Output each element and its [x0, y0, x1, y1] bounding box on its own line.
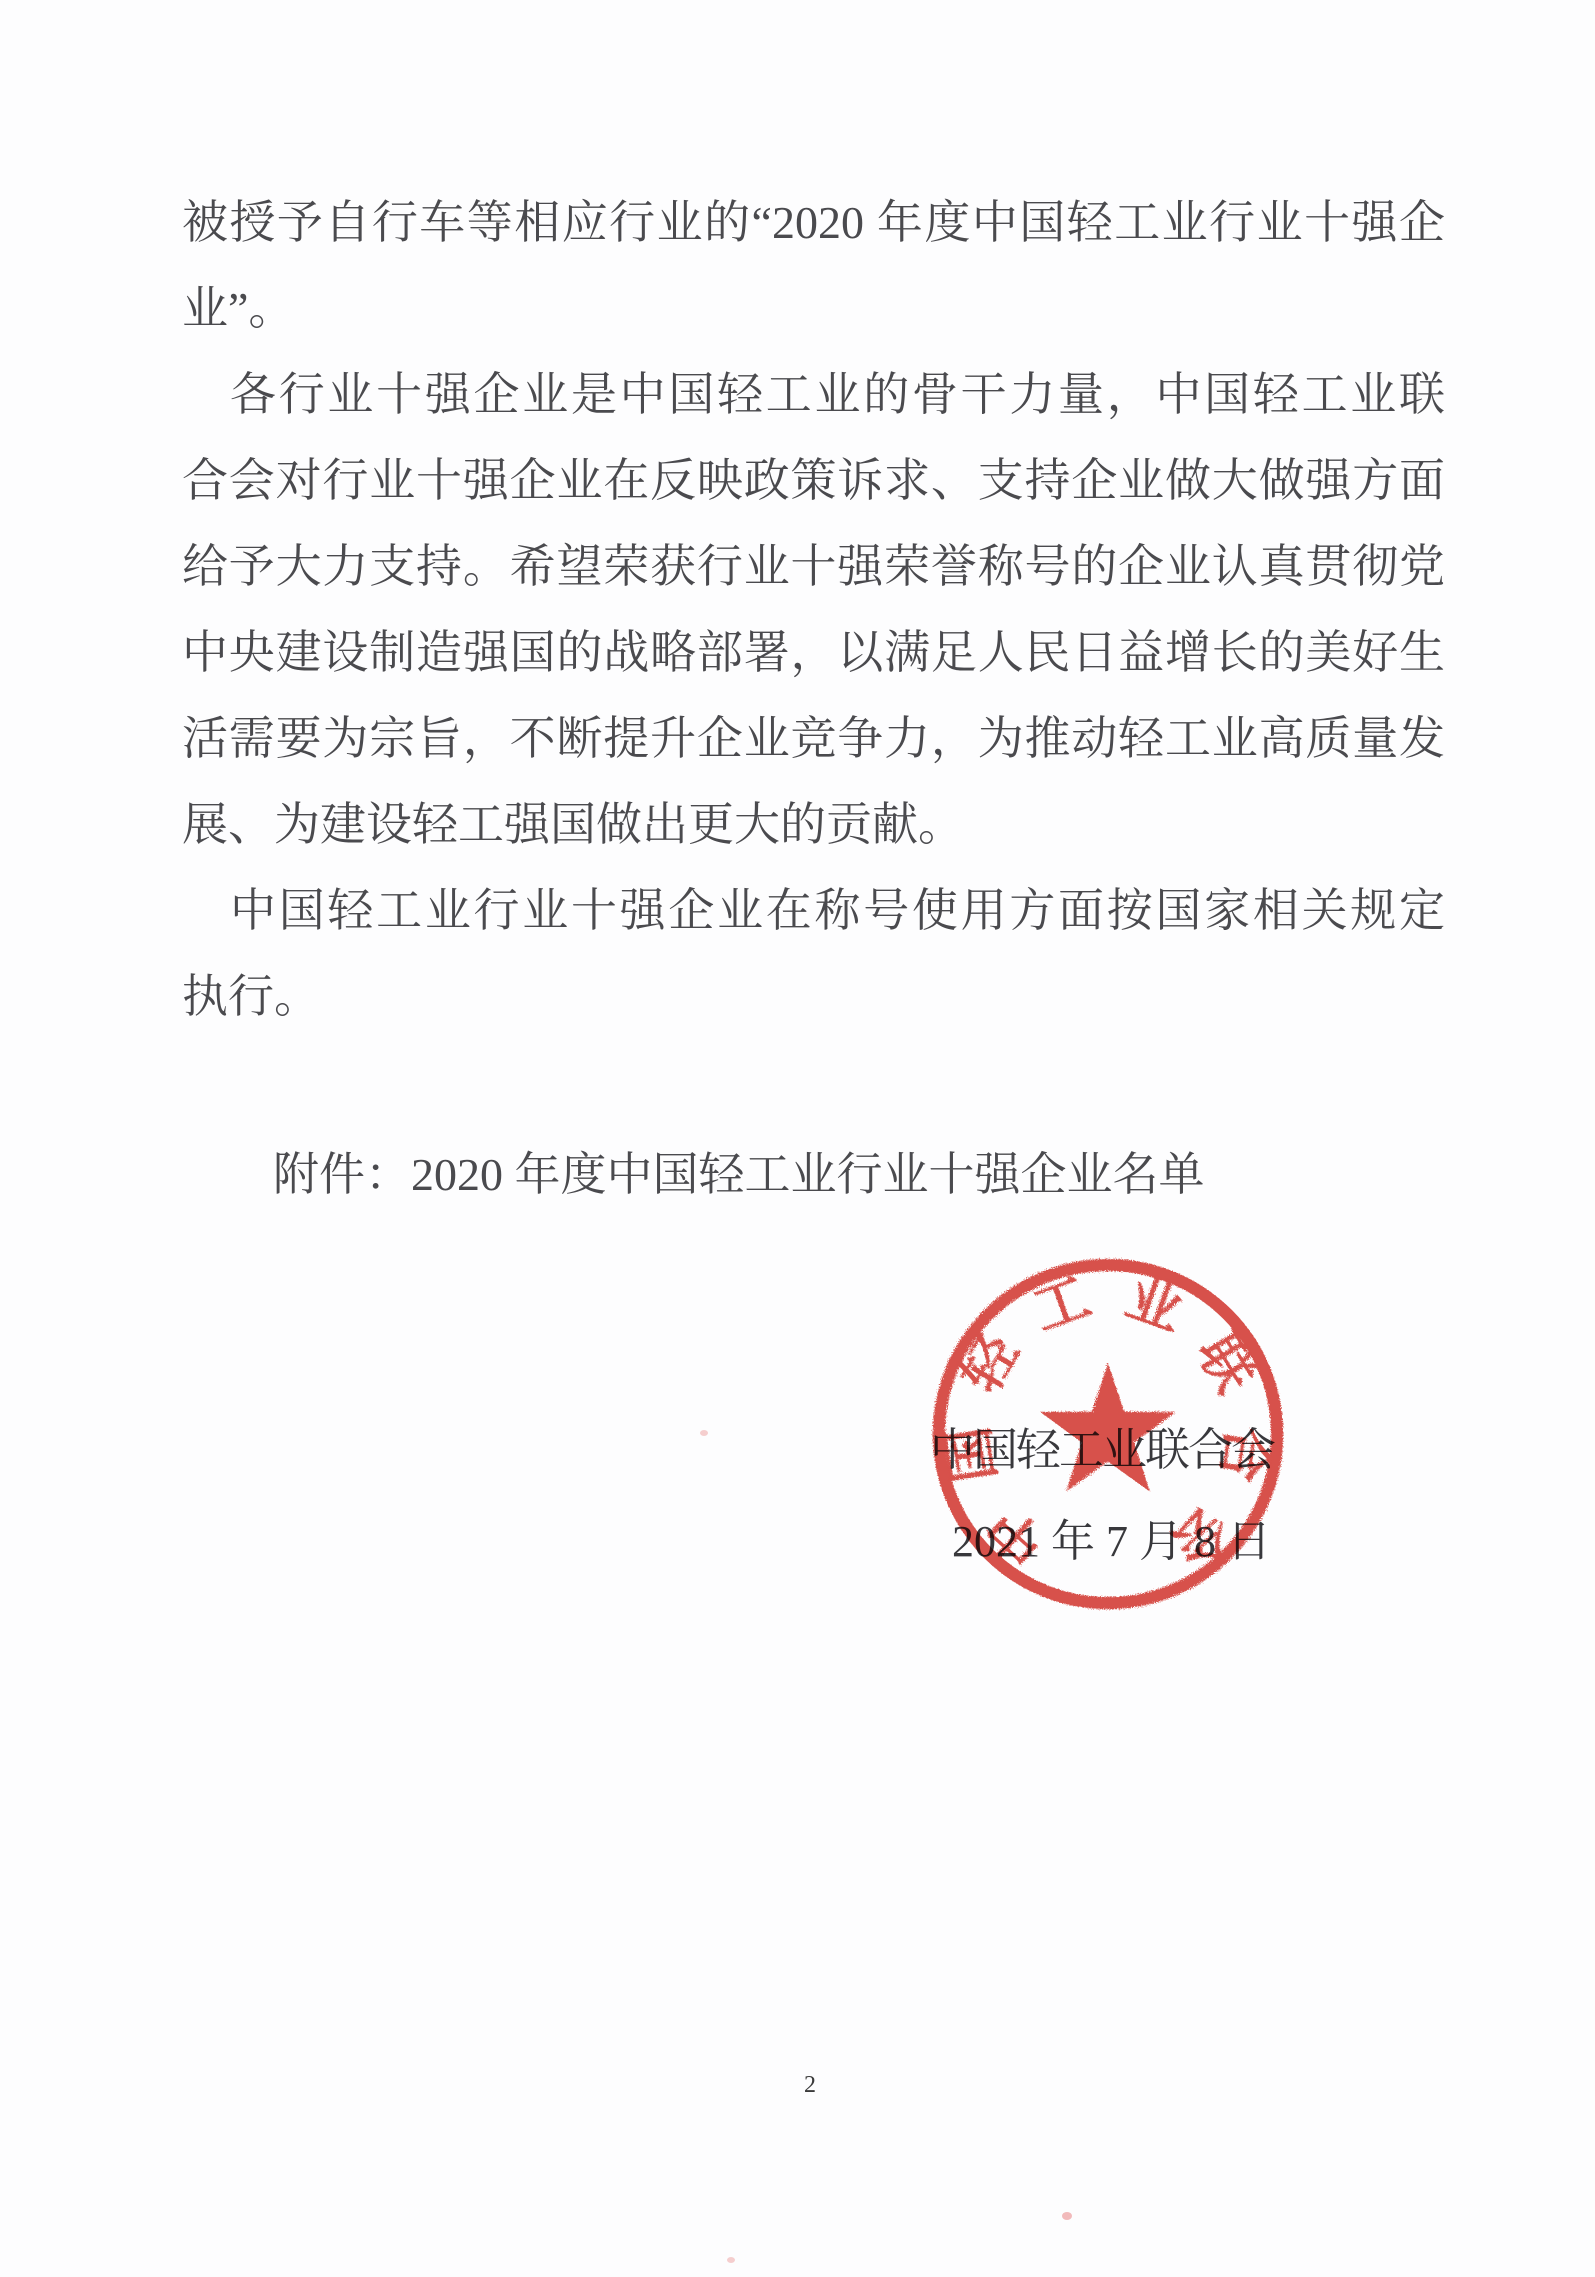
body-line: 合会对行业十强企业在反映政策诉求、支持企业做大做强方面 [182, 438, 1445, 524]
seal-char: 会 [1159, 1495, 1241, 1577]
body-line: 执行。 [182, 954, 1445, 1040]
seal-char: 轻 [949, 1323, 1030, 1402]
document-page: 被授予自行车等相应行业的“2020 年度中国轻工业行业十强企 业”。 各行业十强… [0, 0, 1595, 2277]
body-line: 给予大力支持。希望荣获行业十强荣誉称号的企业认真贯彻党 [182, 524, 1445, 610]
body-line: 业”。 [182, 266, 1445, 352]
seal-char: 联 [1186, 1324, 1267, 1403]
body-line: 活需要为宗旨，不断提升企业竞争力，为推动轻工业高质量发 [182, 696, 1445, 782]
body-line: 被授予自行车等相应行业的“2020 年度中国轻工业行业十强企 [182, 180, 1445, 266]
seal-star-icon [1040, 1363, 1175, 1492]
seal-graphic: 中 国 轻 工 业 联 合 会 [918, 1244, 1298, 1624]
body-line: 各行业十强企业是中国轻工业的骨干力量，中国轻工业联 [182, 352, 1445, 438]
ink-speck [1062, 2212, 1072, 2220]
body-line: 中国轻工业行业十强企业在称号使用方面按国家相关规定 [182, 868, 1445, 954]
body-line: 中央建设制造强国的战略部署，以满足人民日益增长的美好生 [182, 610, 1445, 696]
letter-body: 被授予自行车等相应行业的“2020 年度中国轻工业行业十强企 业”。 各行业十强… [182, 180, 1445, 1040]
attachment-line: 附件：2020 年度中国轻工业行业十强企业名单 [182, 1132, 1536, 1218]
ink-speck [727, 2257, 735, 2263]
official-seal: 中 国 轻 工 业 联 合 会 [918, 1244, 1298, 1624]
seal-char: 中 [975, 1495, 1057, 1577]
body-line: 展、为建设轻工强国做出更大的贡献。 [182, 782, 1445, 868]
seal-char: 国 [937, 1423, 1006, 1487]
seal-char: 合 [1210, 1423, 1279, 1487]
ink-speck [700, 1430, 708, 1436]
page-number: 2 [804, 2072, 816, 2099]
